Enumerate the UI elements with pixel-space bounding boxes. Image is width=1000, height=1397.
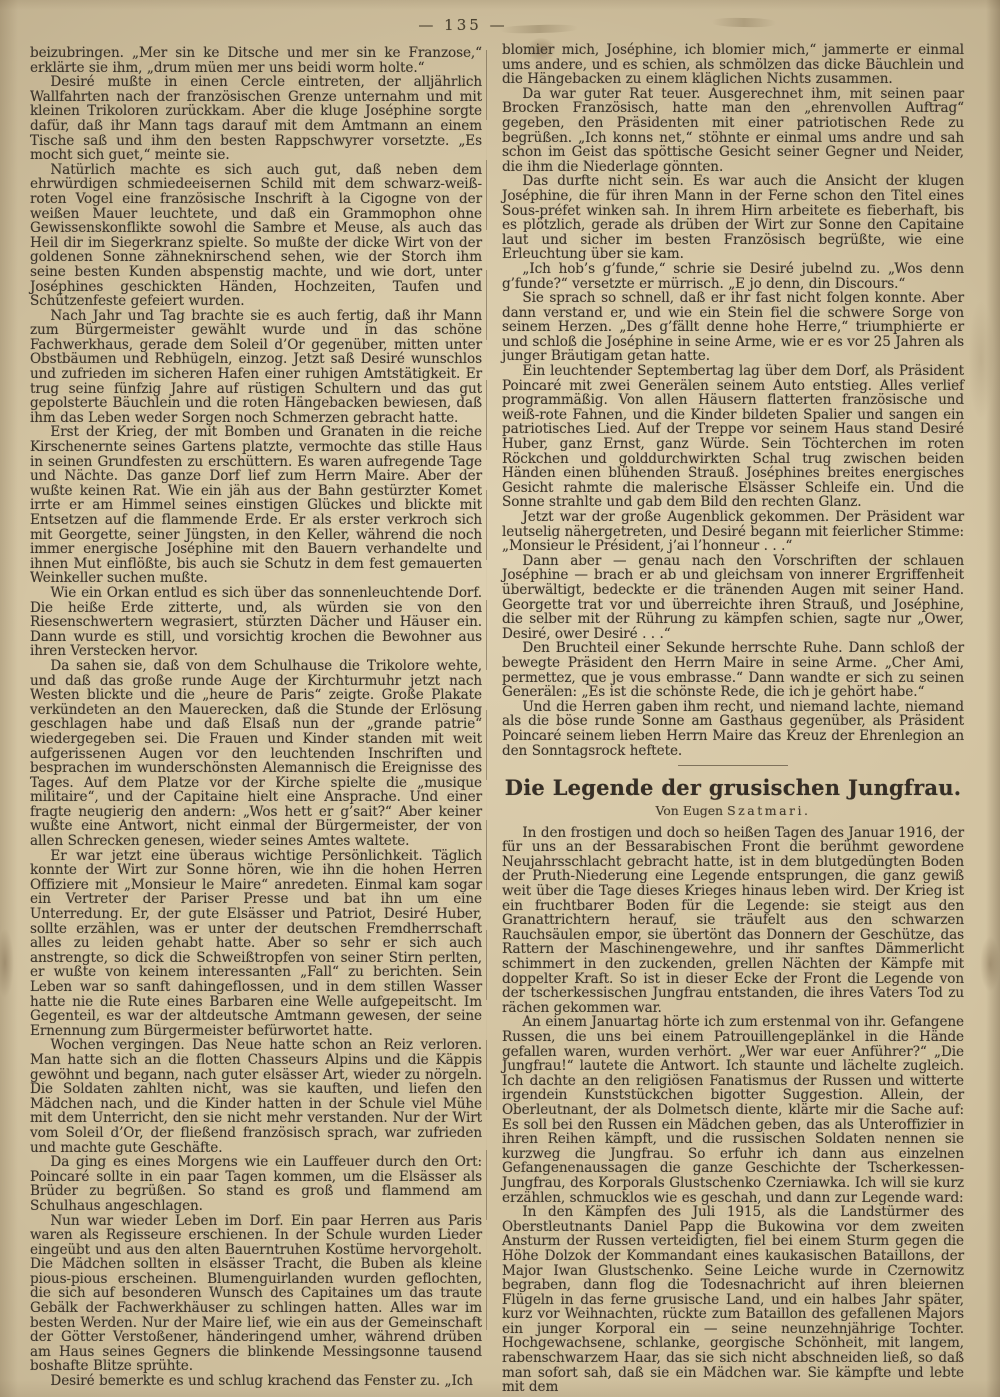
paper-stain xyxy=(968,300,994,420)
article-byline: Von Eugen Szatmari. xyxy=(502,804,964,819)
column-divider-rule xyxy=(486,50,487,1340)
paragraph: Er war jetzt eine überaus wichtige Persö… xyxy=(30,849,482,1039)
article-title: Die Legende der grusischen Jungfrau. xyxy=(502,775,964,801)
paragraph: Da war guter Rat teuer. Ausgerechnet ihm… xyxy=(502,87,964,175)
paragraph: In den Kämpfen des Juli 1915, als die La… xyxy=(502,1205,964,1395)
paragraph: Desiré bemerkte es und schlug krachend d… xyxy=(30,1374,482,1389)
article-body: In den frostigen und doch so heißen Tage… xyxy=(502,826,964,1395)
paragraph: Desiré mußte in einen Cercle eintreten, … xyxy=(30,75,482,163)
paragraph: beizubringen. „Mer sin ke Ditsche und me… xyxy=(30,46,482,75)
paragraph: Dann aber — genau nach den Vorschriften … xyxy=(502,554,964,642)
paragraph: An einem Januartag hörte ich zum erstenm… xyxy=(502,1015,964,1205)
byline-prefix: Von Eugen xyxy=(656,803,728,818)
paper-smudge xyxy=(712,17,776,27)
story-continuation-text: blomier mich, Joséphine, ich blomier mic… xyxy=(502,43,964,758)
paragraph: Jetzt war der große Augenblick gekommen.… xyxy=(502,510,964,554)
paragraph: Erst der Krieg, der mit Bomben und Grana… xyxy=(30,425,482,586)
paragraph: Nun war wieder Leben im Dorf. Ein paar H… xyxy=(30,1214,482,1375)
paragraph: Nach Jahr und Tag brachte sie es auch fe… xyxy=(30,309,482,426)
text-column-left: beizubringen. „Mer sin ke Ditsche und me… xyxy=(30,46,482,1389)
paragraph: Natürlich machte es sich auch gut, daß n… xyxy=(30,163,482,309)
paragraph: Sie sprach so schnell, daß er ihr fast n… xyxy=(502,291,964,364)
paragraph: „Ich hob’s g’funde,“ schrie sie Desiré j… xyxy=(502,262,964,291)
byline-author-name: Szatmari. xyxy=(727,803,810,818)
page-number: — 135 — xyxy=(388,16,538,34)
paragraph: In den frostigen und doch so heißen Tage… xyxy=(502,826,964,1016)
paper-stain xyxy=(0,928,14,998)
paragraph: Das durfte nicht sein. Es war auch die A… xyxy=(502,174,964,262)
paragraph: Und die Herren gaben ihm recht, und niem… xyxy=(502,700,964,758)
paragraph: Wochen vergingen. Das Neue hatte schon a… xyxy=(30,1038,482,1155)
newspaper-page: — 135 — beizubringen. „Mer sin ke Ditsch… xyxy=(0,0,1000,1397)
paragraph: Da ging es eines Morgens wie ein Lauffeu… xyxy=(30,1155,482,1213)
section-divider xyxy=(678,765,788,766)
paragraph: Ein leuchtender Septembertag lag über de… xyxy=(502,364,964,510)
paragraph: Den Bruchteil einer Sekunde herrschte Ru… xyxy=(502,641,964,699)
paper-stain xyxy=(980,936,1000,992)
paragraph: Wie ein Orkan entlud es sich über das so… xyxy=(30,586,482,659)
paragraph: Da sahen sie, daß von dem Schulhause die… xyxy=(30,659,482,849)
paragraph: blomier mich, Joséphine, ich blomier mic… xyxy=(502,43,964,87)
text-column-right: blomier mich, Joséphine, ich blomier mic… xyxy=(502,43,964,1395)
